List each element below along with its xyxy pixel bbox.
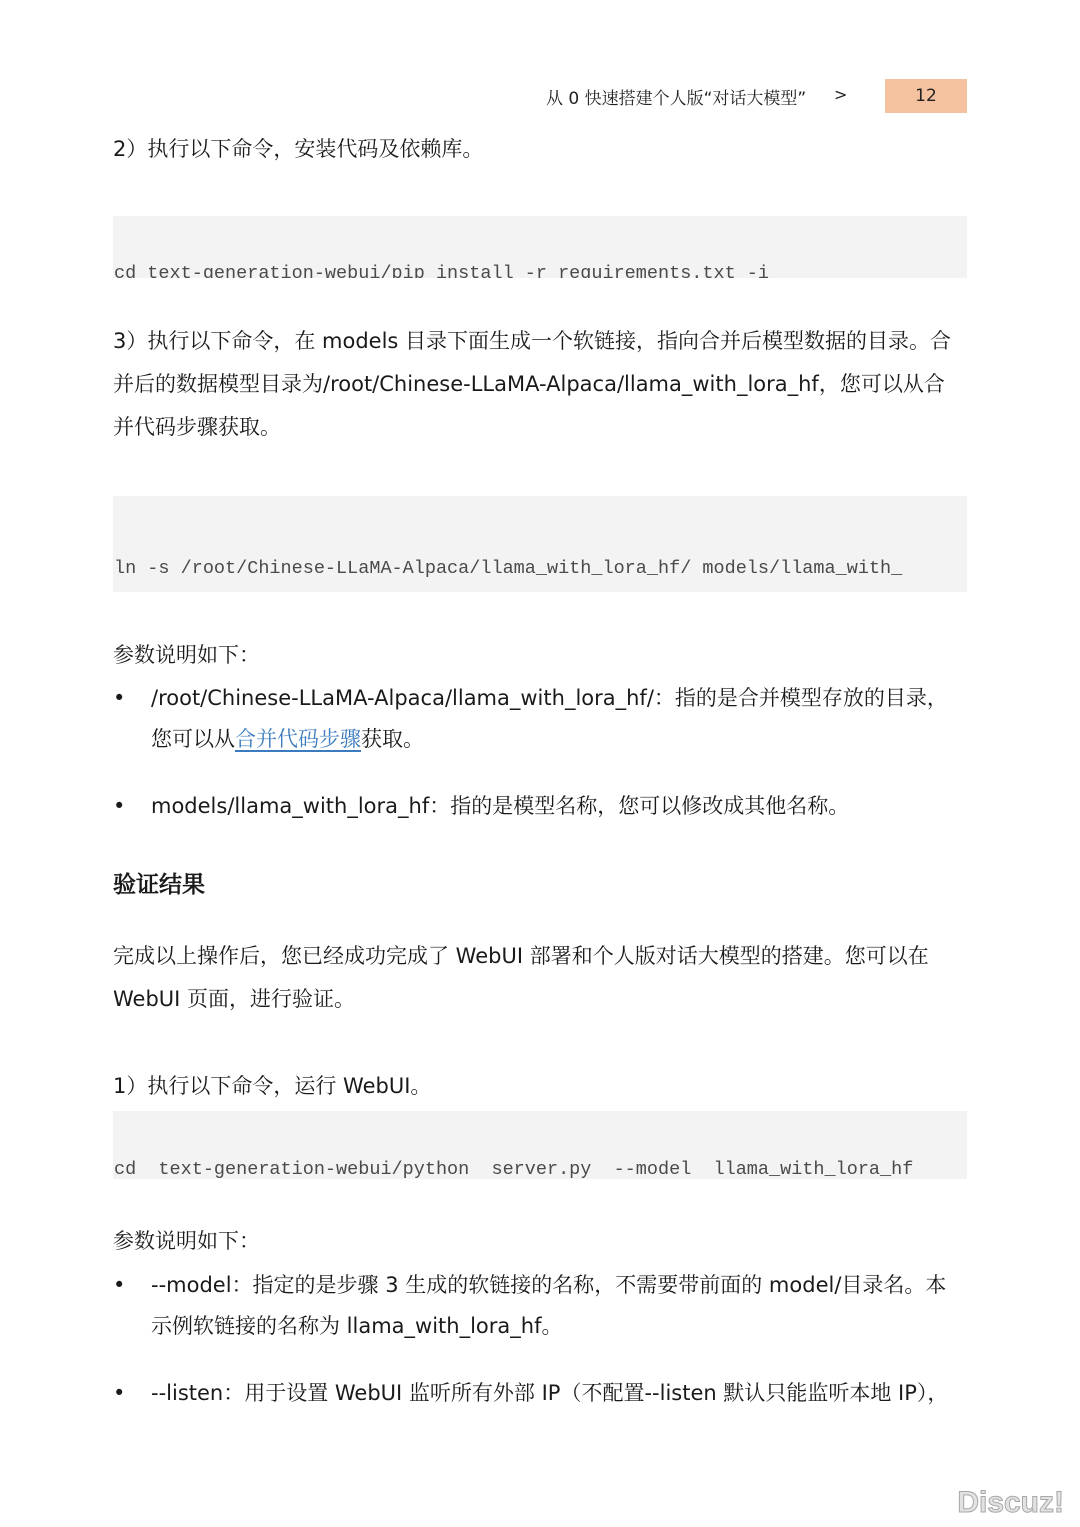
discuz-watermark-logo: Discuz! xyxy=(957,1486,1064,1520)
bullet-icon: • xyxy=(113,1373,125,1414)
symlink-code-block[interactable]: ln -s /root/Chinese-LLaMA-Alpaca/llama_w… xyxy=(113,496,967,592)
bullet-icon: • xyxy=(113,1265,125,1306)
run-step-instruction: 1）执行以下命令，运行 WebUI。 xyxy=(113,1065,973,1108)
bullet-icon: • xyxy=(113,678,125,719)
document-title: 从 0 快速搭建个人版“对话大模型” xyxy=(546,84,806,109)
code-line: ln -s /root/Chinese-LLaMA-Alpaca/llama_w… xyxy=(114,552,967,586)
paragraph-line: 并代码步骤获取。 xyxy=(113,406,973,449)
step-3-instruction: 3）执行以下命令，在 models 目录下面生成一个软链接，指向合并后模型数据的… xyxy=(113,320,973,449)
step-2-instruction: 2）执行以下命令，安装代码及依赖库。 xyxy=(113,128,973,171)
param-item: • models/llama_with_lora_hf：指的是模型名称，您可以修… xyxy=(113,786,973,827)
verify-paragraph: 完成以上操作后，您已经成功完成了 WebUI 部署和个人版对话大模型的搭建。您可… xyxy=(113,935,973,1021)
merge-code-steps-link[interactable]: 合并代码步骤 xyxy=(235,727,361,751)
param-description: --model：指定的是步骤 3 生成的软链接的名称，不需要带前面的 model… xyxy=(151,1265,973,1306)
page-header: 从 0 快速搭建个人版“对话大模型” > 12 xyxy=(0,79,1080,113)
params-label: 参数说明如下： xyxy=(113,1220,973,1263)
param-description: 示例软链接的名称为 llama_with_lora_hf。 xyxy=(151,1306,973,1347)
paragraph-line: 3）执行以下命令，在 models 目录下面生成一个软链接，指向合并后模型数据的… xyxy=(113,320,973,363)
page-number-badge: 12 xyxy=(885,79,967,113)
bullet-icon: • xyxy=(113,786,125,827)
param-item: • --listen：用于设置 WebUI 监听所有外部 IP（不配置--lis… xyxy=(113,1373,973,1414)
breadcrumb-separator: > xyxy=(834,85,847,104)
install-code-block[interactable]: cd text-generation-webui/pip install -r … xyxy=(113,216,967,278)
paragraph-line: 并后的数据模型目录为/root/Chinese-LLaMA-Alpaca/lla… xyxy=(113,363,973,406)
code-line: cd text-generation-webui/python server.p… xyxy=(114,1154,967,1179)
param-description: --listen：用于设置 WebUI 监听所有外部 IP（不配置--liste… xyxy=(151,1373,973,1414)
param-description: 获取。 xyxy=(361,727,424,751)
paragraph-line: 完成以上操作后，您已经成功完成了 WebUI 部署和个人版对话大模型的搭建。您可… xyxy=(113,935,973,978)
code-line: cd text-generation-webui/pip install -r … xyxy=(114,258,967,278)
param-description: models/llama_with_lora_hf：指的是模型名称，您可以修改成… xyxy=(151,786,973,827)
param-item: • /root/Chinese-LLaMA-Alpaca/llama_with_… xyxy=(113,678,973,760)
section-heading: 验证结果 xyxy=(113,866,205,899)
param-description: /root/Chinese-LLaMA-Alpaca/llama_with_lo… xyxy=(151,678,973,719)
paragraph-line: WebUI 页面，进行验证。 xyxy=(113,978,973,1021)
run-server-code-block[interactable]: cd text-generation-webui/python server.p… xyxy=(113,1111,967,1179)
param-description: 您可以从 xyxy=(151,727,235,751)
params-label: 参数说明如下： xyxy=(113,634,973,677)
param-item: • --model：指定的是步骤 3 生成的软链接的名称，不需要带前面的 mod… xyxy=(113,1265,973,1347)
